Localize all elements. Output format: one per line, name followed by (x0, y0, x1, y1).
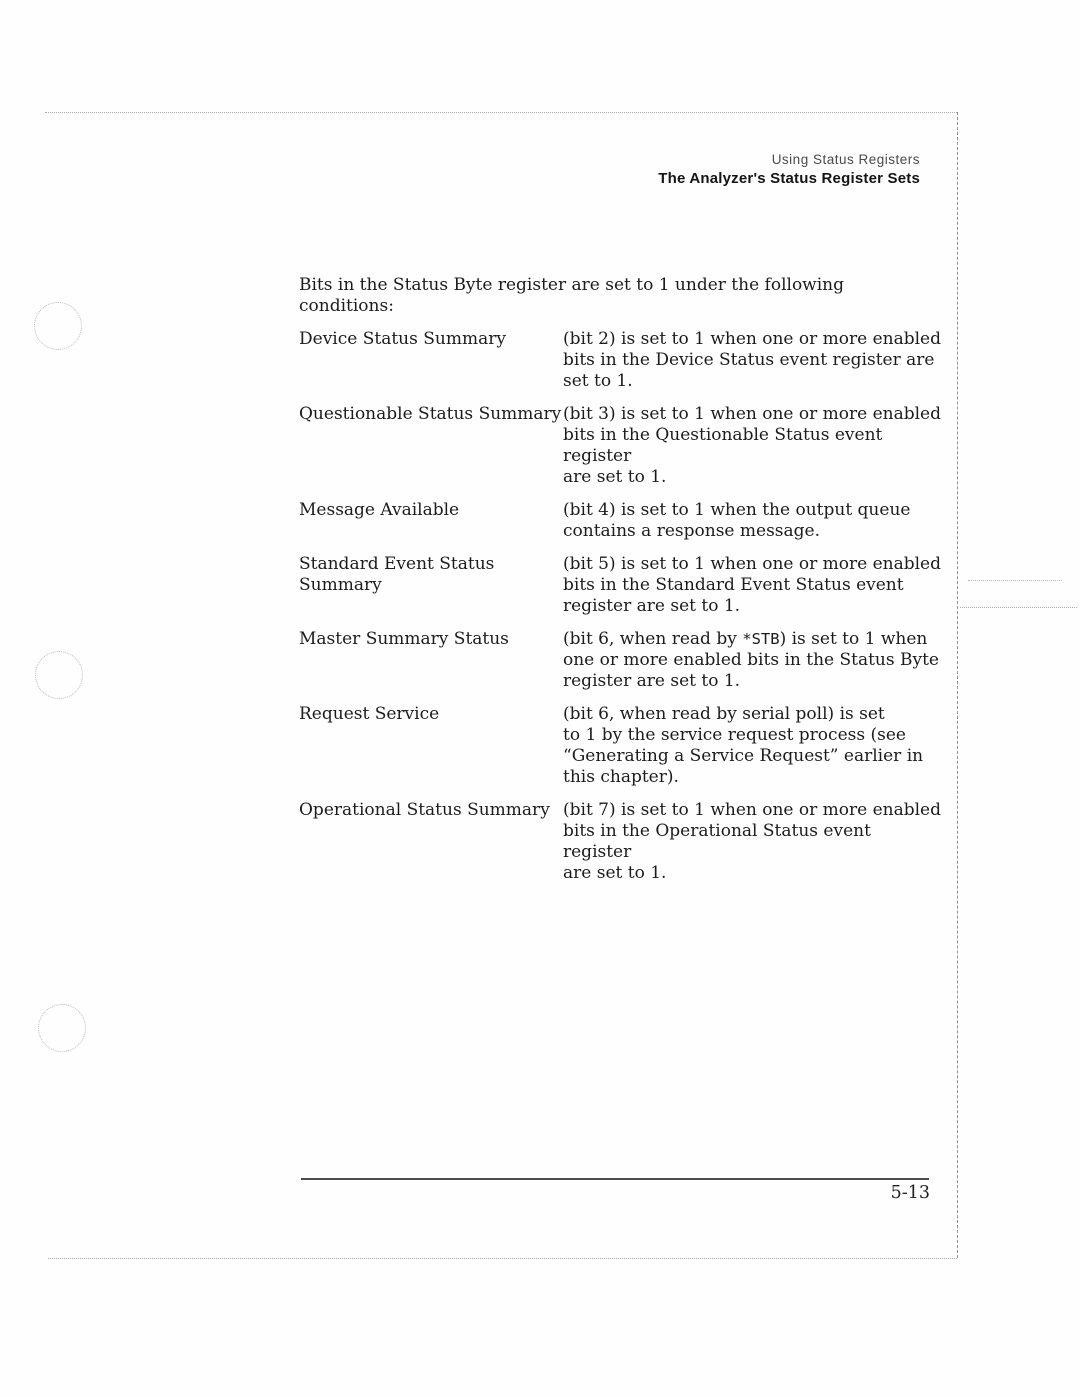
term-label: Master Summary Status (299, 629, 563, 692)
term-label: Message Available (299, 500, 563, 542)
page-title: The Analyzer's Status Register Sets (658, 170, 920, 187)
punch-hole (34, 302, 82, 350)
definition-row: Request Service (bit 6, when read by ser… (299, 704, 944, 788)
definition-text: (bit 6, when read by serial poll) is set… (563, 704, 944, 788)
right-margin-tick (960, 607, 1077, 608)
top-dotted-border (45, 112, 957, 113)
definition-text: (bit 3) is set to 1 when one or more ena… (563, 404, 944, 488)
term-label: Questionable Status Summary (299, 404, 563, 488)
definition-row: Master Summary Status (bit 6, when read … (299, 629, 944, 692)
punch-hole (35, 651, 83, 699)
page-header: Using Status Registers The Analyzer's St… (658, 152, 920, 187)
breadcrumb: Using Status Registers (658, 152, 920, 167)
definition-text: (bit 5) is set to 1 when one or more ena… (563, 554, 944, 617)
definition-row: Message Available (bit 4) is set to 1 wh… (299, 500, 944, 542)
intro-text: Bits in the Status Byte register are set… (299, 275, 944, 317)
definition-text: (bit 2) is set to 1 when one or more ena… (563, 329, 944, 392)
punch-hole (38, 1004, 86, 1052)
definition-row: Device Status Summary (bit 2) is set to … (299, 329, 944, 392)
definition-text: (bit 6, when read by *STB) is set to 1 w… (563, 629, 944, 692)
definition-row: Questionable Status Summary (bit 3) is s… (299, 404, 944, 488)
document-page: Using Status Registers The Analyzer's St… (0, 0, 1080, 1397)
right-margin-tick (968, 580, 1062, 581)
definition-text: (bit 4) is set to 1 when the output queu… (563, 500, 944, 542)
page-content: Bits in the Status Byte register are set… (299, 275, 944, 896)
stb-command-code: *STB (742, 630, 779, 648)
right-dashed-border (957, 112, 958, 1258)
term-label: Request Service (299, 704, 563, 788)
term-label: Standard Event Status Summary (299, 554, 563, 617)
definition-text: (bit 7) is set to 1 when one or more ena… (563, 800, 944, 884)
term-label: Device Status Summary (299, 329, 563, 392)
definition-row: Operational Status Summary (bit 7) is se… (299, 800, 944, 884)
definition-row: Standard Event Status Summary (bit 5) is… (299, 554, 944, 617)
bottom-dotted-border (48, 1258, 957, 1259)
definition-text-part: (bit 6, when read by (563, 629, 742, 649)
footer-rule (301, 1178, 929, 1180)
term-label: Operational Status Summary (299, 800, 563, 884)
page-number: 5-13 (840, 1183, 930, 1203)
